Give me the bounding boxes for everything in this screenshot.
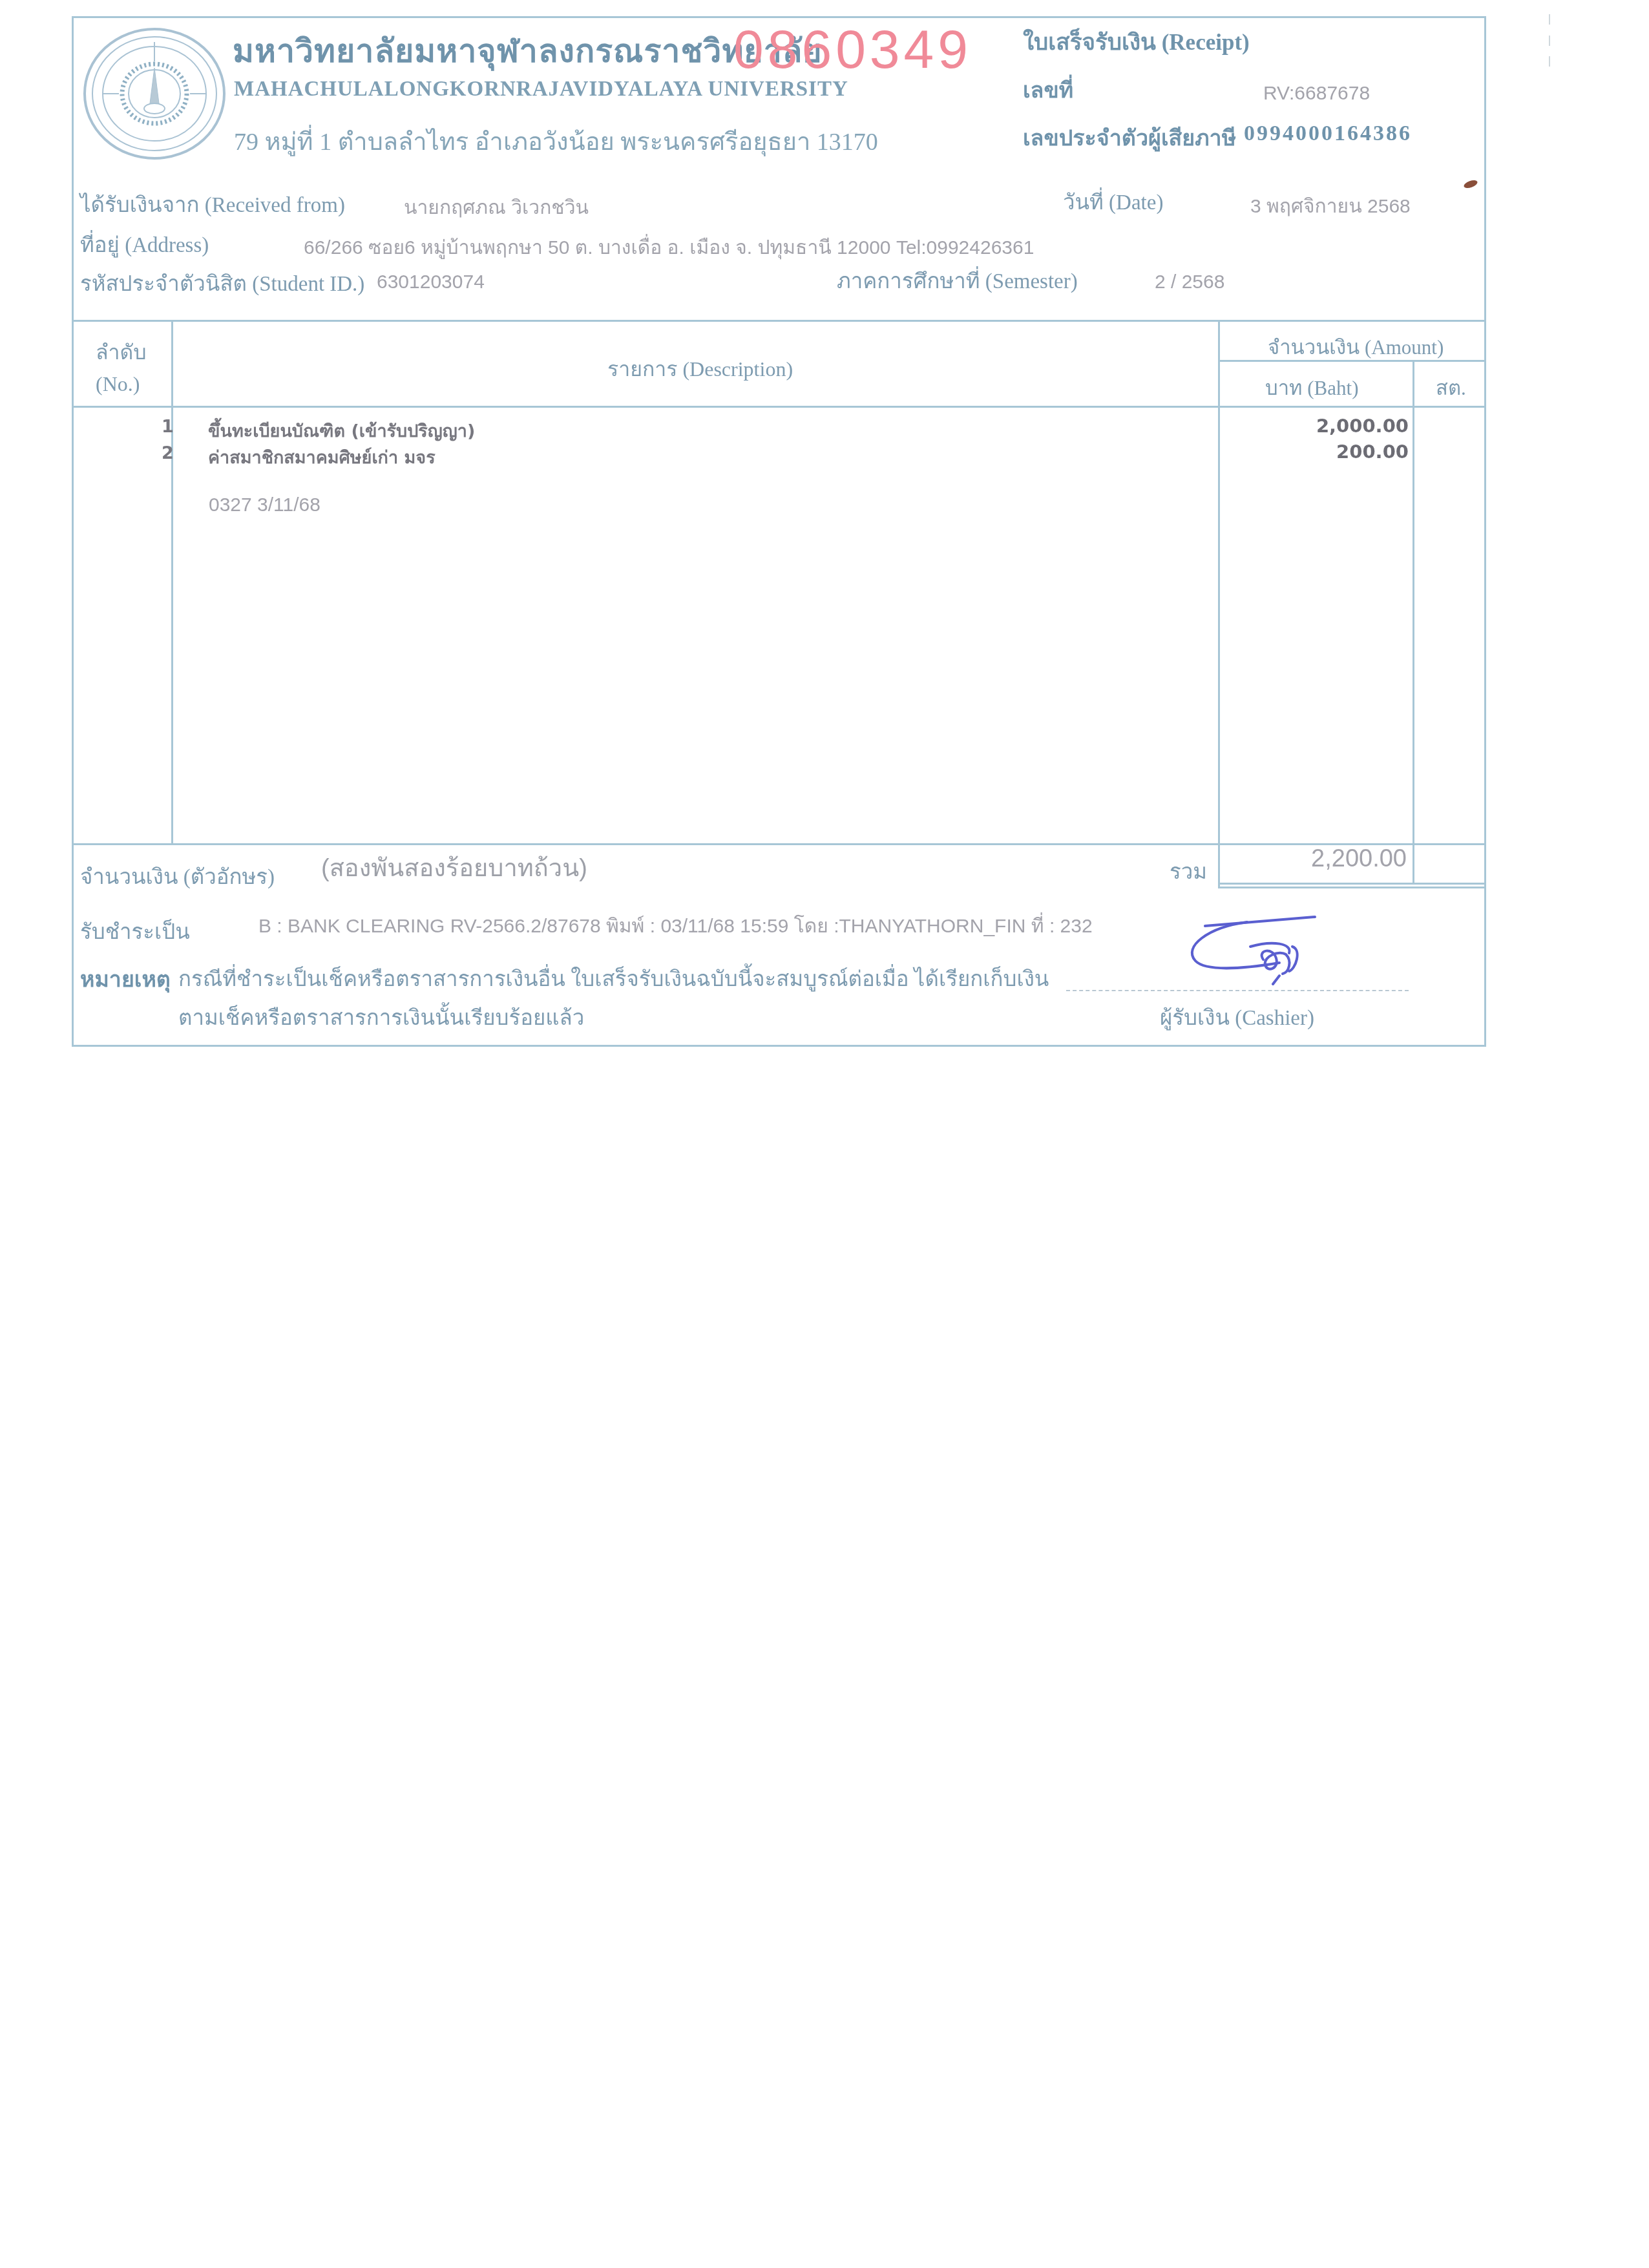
tax-id-label: เลขประจำตัวผู้เสียภาษี (1023, 120, 1236, 155)
col-description-header: รายการ (Description) (607, 353, 793, 386)
university-address: 79 หมู่ที่ 1 ตำบลลำไทร อำเภอวังน้อย พระน… (234, 121, 878, 161)
receipt-number-label: เลขที่ (1023, 72, 1073, 107)
total-row-double-line (1218, 887, 1486, 888)
student-id-label: รหัสประจำตัวนิสิต (Student ID.) (80, 266, 364, 300)
university-seal-icon (80, 26, 229, 162)
row-note: 0327 3/11/68 (209, 494, 320, 516)
amount-in-words-value: (สองพันสองร้อยบาทถ้วน) (321, 848, 587, 887)
table-header-bottom (72, 406, 1486, 408)
row-1-no: 1 (162, 417, 174, 437)
semester-label: ภาคการศึกษาที่ (Semester) (837, 264, 1078, 298)
cashier-signature-icon (1182, 914, 1331, 985)
received-from-label: ได้รับเงินจาก (Received from) (80, 187, 345, 222)
receipt-number-value: RV:6687678 (1263, 83, 1370, 105)
table-body-bottom (72, 843, 1486, 845)
address-value: 66/266 ซอย6 หมู่บ้านพฤกษา 50 ต. บางเดื่อ… (304, 233, 1034, 263)
total-label: รวม (1170, 854, 1207, 888)
remark-line-2: ตามเช็คหรือตราสารการเงินนั้นเรียบร้อยแล้… (178, 1000, 584, 1034)
total-value: 2,200.00 (1311, 845, 1407, 873)
tax-id-value: 0994000164386 (1244, 121, 1412, 146)
signature-line (1066, 990, 1409, 991)
received-from-value: นายกฤศภณ วิเวกชวิน (404, 193, 589, 223)
row-2-no: 2 (162, 443, 174, 463)
remark-label: หมายเหตุ (80, 961, 171, 996)
col-no-header-en: (No.) (96, 372, 140, 396)
scan-mark (1549, 56, 1550, 67)
address-label: ที่อยู่ (Address) (80, 227, 209, 262)
col-amount-header: จำนวนเงิน (Amount) (1268, 331, 1444, 363)
col-satang-divider (1413, 360, 1414, 885)
semester-value: 2 / 2568 (1155, 271, 1224, 293)
col-no-divider (171, 320, 173, 843)
date-label: วันที่ (Date) (1063, 185, 1163, 219)
cashier-label: ผู้รับเงิน (Cashier) (1160, 1000, 1314, 1034)
serial-number: 0860349 (733, 18, 972, 81)
remark-line-1: กรณีที่ชำระเป็นเช็คหรือตราสารการเงินอื่น… (178, 961, 1049, 996)
receipt-title: ใบเสร็จรับเงิน (Receipt) (1023, 25, 1250, 60)
col-no-header-th: ลำดับ (96, 336, 147, 369)
row-2-description: ค่าสมาชิกสมาคมศิษย์เก่า มจร (208, 443, 436, 471)
receipt-frame (72, 16, 1486, 1047)
payment-method-value: B : BANK CLEARING RV-2566.2/87678 พิมพ์ … (258, 911, 1093, 941)
row-1-amount: 2,000.00 (1316, 415, 1409, 437)
amount-in-words-label: จำนวนเงิน (ตัวอักษร) (80, 859, 275, 894)
total-row-bottom (1218, 883, 1486, 885)
payment-method-label: รับชำระเป็น (80, 914, 190, 949)
col-baht-header: บาท (Baht) (1265, 372, 1358, 404)
scan-mark (1549, 14, 1550, 25)
row-1-description: ขึ้นทะเบียนบัณฑิต (เข้ารับปริญญา) (208, 417, 475, 445)
student-id-value: 6301203074 (377, 271, 485, 293)
scan-mark (1549, 36, 1550, 46)
date-value: 3 พฤศจิกายน 2568 (1250, 191, 1411, 222)
col-amount-divider (1218, 320, 1220, 888)
col-satang-header: สต. (1436, 372, 1466, 404)
university-name-en: MAHACHULALONGKORNRAJAVIDYALAYA UNIVERSIT… (234, 78, 848, 101)
table-top-border (72, 320, 1486, 322)
row-2-amount: 200.00 (1336, 441, 1409, 463)
